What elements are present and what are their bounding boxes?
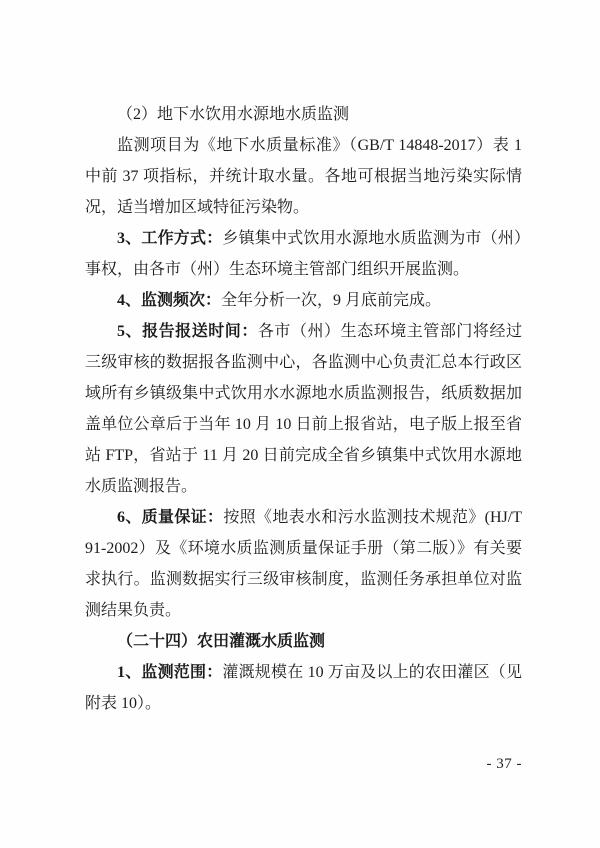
paragraph-monitoring-scope: 1、监测范围：灌溉规模在 10 万亩及以上的农田灌区（见附表 10）。 — [85, 657, 522, 719]
page-number: - 37 - — [487, 756, 523, 773]
paragraph-report-submission-time: 5、报告报送时间：各市（州）生态环境主管部门将经过三级审核的数据报各监测中心，各… — [85, 316, 522, 502]
paragraph-quality-assurance: 6、质量保证：按照《地表水和污水监测技术规范》(HJ/T 91-2002）及《环… — [85, 502, 522, 626]
paragraph-monitoring-items: 监测项目为《地下水质量标准》（GB/T 14848-2017）表 1 中前 37… — [85, 130, 522, 223]
document-content: （2）地下水饮用水源地水质监测 监测项目为《地下水质量标准》（GB/T 1484… — [85, 99, 522, 719]
paragraph-lead: 6、质量保证： — [117, 509, 223, 526]
document-page: （2）地下水饮用水源地水质监测 监测项目为《地下水质量标准》（GB/T 1484… — [0, 0, 600, 848]
paragraph-text: 全年分析一次，9 月底前完成。 — [221, 292, 441, 309]
heading-farmland-irrigation-monitoring: （二十四）农田灌溉水质监测 — [85, 626, 522, 657]
paragraph-text: 各市（州）生态环境主管部门将经过三级审核的数据报各监测中心，各监测中心负责汇总本… — [85, 323, 522, 495]
paragraph-lead: 1、监测范围： — [117, 664, 222, 681]
paragraph-lead: 3、工作方式： — [117, 230, 222, 247]
paragraph-work-mode: 3、工作方式：乡镇集中式饮用水源地水质监测为市（州）事权，由各市（州）生态环境主… — [85, 223, 522, 285]
subheading-groundwater-monitoring: （2）地下水饮用水源地水质监测 — [85, 99, 522, 130]
paragraph-monitoring-frequency: 4、监测频次：全年分析一次，9 月底前完成。 — [85, 285, 522, 316]
paragraph-lead: 4、监测频次： — [117, 292, 221, 309]
paragraph-lead: 5、报告报送时间： — [117, 323, 258, 340]
